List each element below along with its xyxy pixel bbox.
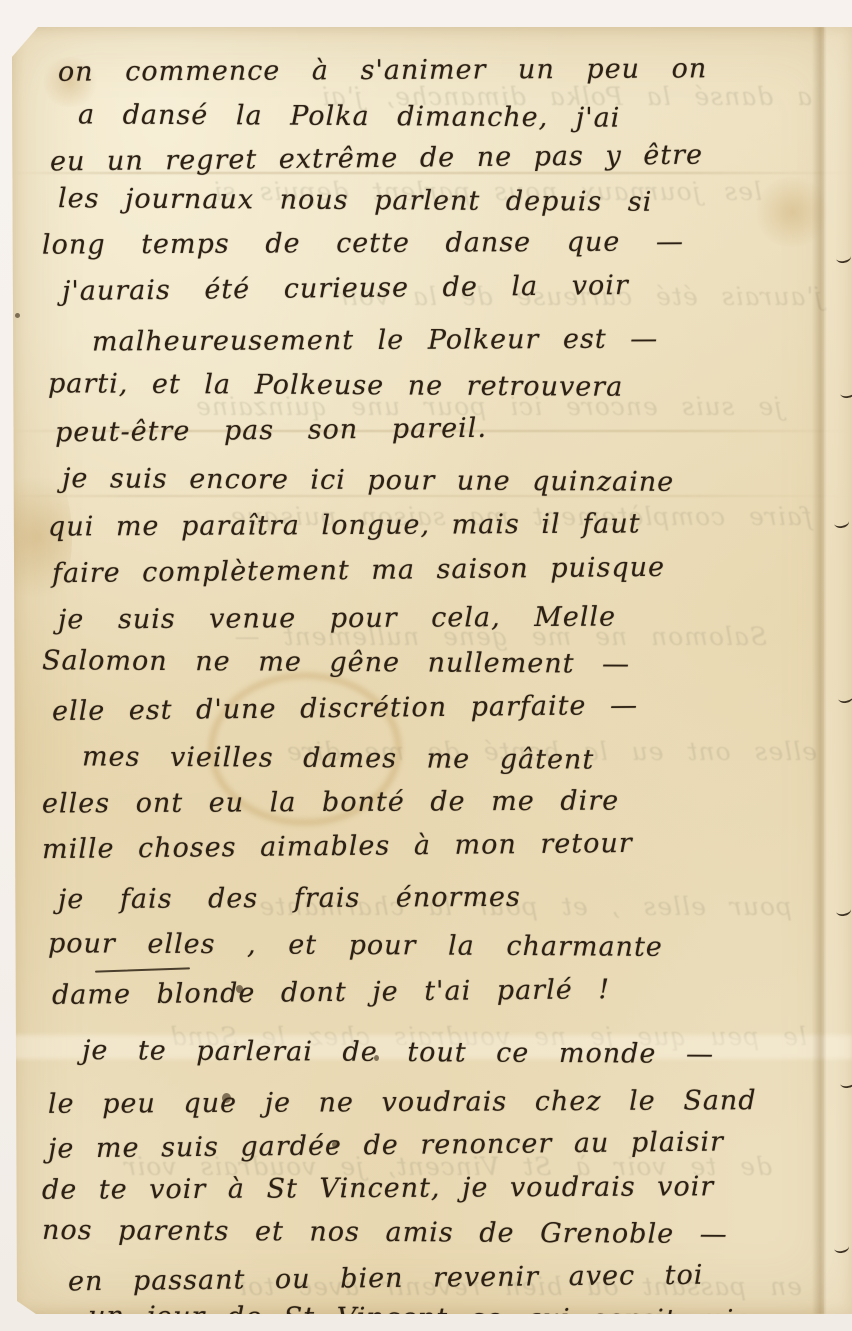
manuscript-line: nos parents et nos amis de Grenoble — [42, 1217, 728, 1248]
manuscript-line: malheureusement le Polkeur est — [92, 326, 658, 356]
manuscript-line: je fais des frais énormes [58, 884, 521, 913]
manuscript-line: dame blonde dont je t'ai parlé ! [52, 976, 610, 1009]
manuscript-line: les journaux nous parlent depuis si [58, 185, 653, 216]
manuscript-line: faire complètement ma saison puisque [52, 554, 665, 587]
scanner-backdrop: a dansé la Polka dimanche, j'ai les jour… [0, 0, 852, 1331]
manuscript-line: qui me paraîtra longue, mais il faut [48, 510, 641, 540]
manuscript-line: elle est d'une discrétion parfaite — [52, 692, 638, 725]
manuscript-line: peut-être pas son pareil. [55, 415, 487, 447]
manuscript-line: parti, et la Polkeuse ne retrouvera [48, 370, 623, 401]
fold-crease-vertical [812, 27, 826, 1314]
manuscript-line: en passant ou bien revenir avec toi [68, 1262, 704, 1296]
manuscript-line: mes vieilles dames me gâtent [82, 743, 594, 773]
ink-blot [236, 985, 243, 993]
letter-page: a dansé la Polka dimanche, j'ai les jour… [12, 27, 852, 1314]
manuscript-text: on commence à s'animer un peu on a dansé… [12, 27, 852, 1314]
manuscript-line: elles ont eu la bonté de me dire [42, 787, 619, 817]
manuscript-line: je suis encore ici pour une quinzaine [62, 465, 674, 496]
manuscript-line: le peu que je ne voudrais chez le Sand [48, 1087, 757, 1118]
manuscript-line: pour elles , et pour la charmante [48, 930, 663, 961]
manuscript-line: Salomon ne me gêne nullement — [42, 647, 630, 678]
manuscript-line: un jour de St Vincent ce qui serait mieu… [88, 1303, 786, 1331]
manuscript-line: on commence à s'animer un peu on [58, 55, 707, 85]
manuscript-line: je te parlerai de tout ce monde — [82, 1037, 714, 1068]
ink-blot [222, 1093, 231, 1103]
manuscript-line: je me suis gardée de renoncer au plaisir [48, 1128, 724, 1162]
manuscript-line: mille choses aimables à mon retour [42, 830, 633, 863]
manuscript-line: a dansé la Polka dimanche, j'ai [78, 101, 621, 131]
manuscript-line: long temps de cette danse que — [42, 228, 684, 258]
manuscript-line: eu un regret extrême de ne pas y être [50, 142, 703, 176]
manuscript-line: de te voir à St Vincent, je voudrais voi… [42, 1173, 714, 1204]
ink-blot [332, 1141, 339, 1148]
ink-blot [15, 313, 20, 318]
ink-blot [374, 1055, 379, 1061]
manuscript-line: j'aurais été curieuse de la voir [62, 272, 629, 305]
manuscript-line: je suis venue pour cela, Melle [58, 604, 616, 634]
